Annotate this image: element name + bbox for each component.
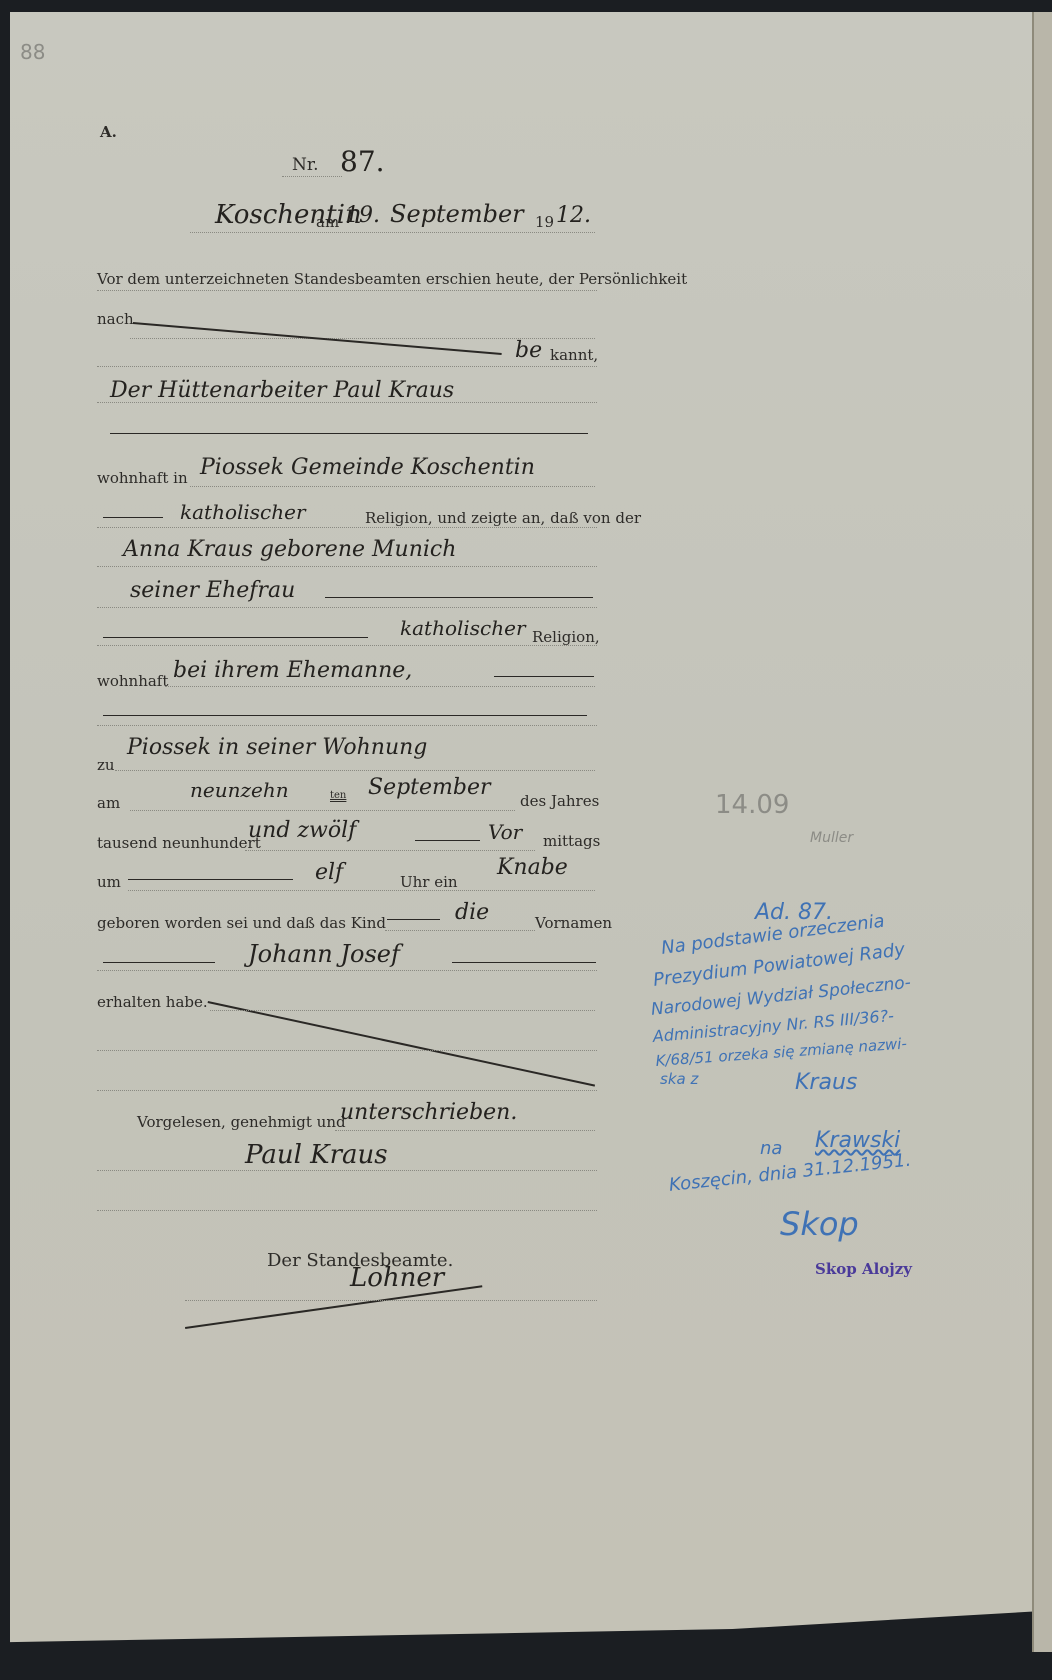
date-month: September — [390, 200, 524, 228]
religion-informant: katholischer — [180, 500, 306, 524]
birth-year: und zwölf — [248, 818, 356, 843]
year-prefix: 19 — [535, 213, 554, 231]
religion-informant-text: Religion, und zeigte an, daß von der — [365, 509, 641, 527]
pencil-date: 14.09 — [715, 790, 789, 820]
wohnhaft-in-label: wohnhaft in — [97, 469, 188, 487]
geboren-text: geboren worden sei und daß das Kind — [97, 914, 386, 932]
old-surname: Kraus — [795, 1070, 857, 1095]
official-signature: Skop — [780, 1205, 859, 1243]
zu-label: zu — [97, 756, 115, 774]
hour: elf — [315, 860, 343, 885]
birth-day: neunzehn — [190, 778, 289, 802]
na-label: na — [760, 1138, 782, 1159]
page-number: 88 — [20, 40, 45, 64]
new-surname: Krawski — [815, 1128, 900, 1153]
registrar-signature: Lohner — [350, 1263, 444, 1293]
mother-residence: bei ihrem Ehemanne, — [173, 658, 412, 683]
die: die — [455, 900, 489, 925]
nach-label: nach — [97, 310, 134, 328]
mittags: mittags — [543, 832, 600, 850]
wife-label: seiner Ehefrau — [130, 578, 295, 603]
mother-name: Anna Kraus geborene Munich — [123, 537, 456, 562]
um-label: um — [97, 873, 121, 891]
unterschrieben: unterschrieben. — [340, 1100, 517, 1125]
sex: Knabe — [497, 855, 568, 880]
record-number: 87. — [340, 145, 385, 178]
erhalten-habe: erhalten habe. — [97, 993, 208, 1011]
uhr-ein: Uhr ein — [400, 873, 458, 891]
ten-suffix: ten — [330, 790, 346, 801]
bekannt-print: kannt, — [550, 346, 598, 364]
date-prefix: am — [316, 213, 339, 231]
birth-place: Piossek in seiner Wohnung — [127, 735, 427, 760]
residence: Piossek Gemeinde Koschentin — [200, 455, 535, 480]
am-label: am — [97, 794, 120, 812]
bekannt-hand: be — [515, 338, 542, 363]
tausend-label: tausend neunhundert — [97, 834, 261, 852]
informant: Der Hüttenarbeiter Paul Kraus — [110, 378, 454, 403]
des-jahres: des Jahres — [520, 792, 599, 810]
religion-mother: katholischer — [400, 616, 526, 640]
section-letter: A. — [100, 123, 117, 141]
place: Koschentin — [215, 200, 362, 230]
pencil-note: Muller — [810, 830, 853, 846]
record-number-label: Nr. — [292, 155, 319, 175]
date-day: 19. — [345, 203, 380, 228]
register-page — [10, 12, 1042, 1652]
birth-month: September — [368, 775, 491, 800]
wohnhaft-label: wohnhaft — [97, 672, 168, 690]
religion-mother-text: Religion, — [532, 628, 600, 646]
name-stamp: Skop Alojzy — [815, 1260, 912, 1278]
vor: Vor — [488, 820, 522, 844]
vornamen: Vornamen — [535, 914, 612, 932]
next-page-edge — [1034, 12, 1052, 1652]
intro-text: Vor dem unterzeichneten Standesbeamten e… — [97, 270, 687, 288]
vorgelesen-text: Vorgelesen, genehmigt und — [137, 1113, 346, 1131]
blue-note-line-6: ska z — [660, 1070, 698, 1088]
informant-signature: Paul Kraus — [245, 1140, 388, 1170]
year-suffix: 12. — [556, 203, 591, 228]
child-names: Johann Josef — [248, 940, 400, 968]
